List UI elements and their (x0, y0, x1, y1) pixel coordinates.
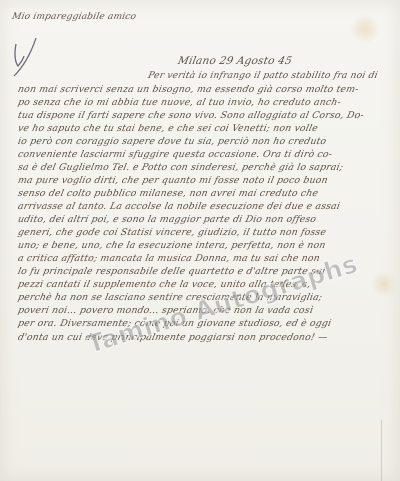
letter-line: ve ho saputo che tu stai bene, e che sei… (17, 123, 319, 134)
letter-line: Per verità io infrango il patto stabilit… (147, 71, 379, 81)
paper-crease (381, 420, 382, 481)
letter-line: a critica affatto; mancata la musica Don… (17, 253, 321, 264)
letter-line: non mai scriverci senza un bisogno, ma e… (17, 84, 360, 95)
dateline: Milano 29 Agosto 45 (177, 55, 293, 67)
paper-stain (350, 14, 380, 44)
letter-line: po senza che io mi abbia tue nuove, al t… (17, 97, 342, 108)
letter-line: ma pure voglio dirti, che per quanto mi … (17, 175, 329, 186)
letter-line: senso del colto pubblico milanese, non a… (17, 188, 319, 199)
folio-mark-icon (10, 36, 46, 78)
letter-line: uno; e bene, uno, che la esecuzione inte… (17, 240, 327, 251)
letter-line: tua dispone il farti sapere che sono viv… (17, 110, 365, 121)
paper-stain (372, 270, 396, 298)
letter-line: io però con coraggio sapere dove tu sia,… (17, 136, 328, 147)
letter-line: generi, che gode coi Statisi vincere, gi… (17, 227, 327, 238)
letter-line: sa è del Guglielmo Tel. e Potto con sind… (17, 162, 344, 173)
letter-line: arrivasse al tanto. La accolse la nobile… (17, 201, 341, 212)
letter-line: udito, dei altri poi, e sono la maggior … (17, 214, 317, 225)
salutation: Mio impareggiabile amico (11, 12, 137, 22)
letter-line: conveniente lasciarmi sfuggire questa oc… (17, 149, 333, 160)
letter-page: Mio impareggiabile amico Milano 29 Agost… (0, 0, 400, 481)
